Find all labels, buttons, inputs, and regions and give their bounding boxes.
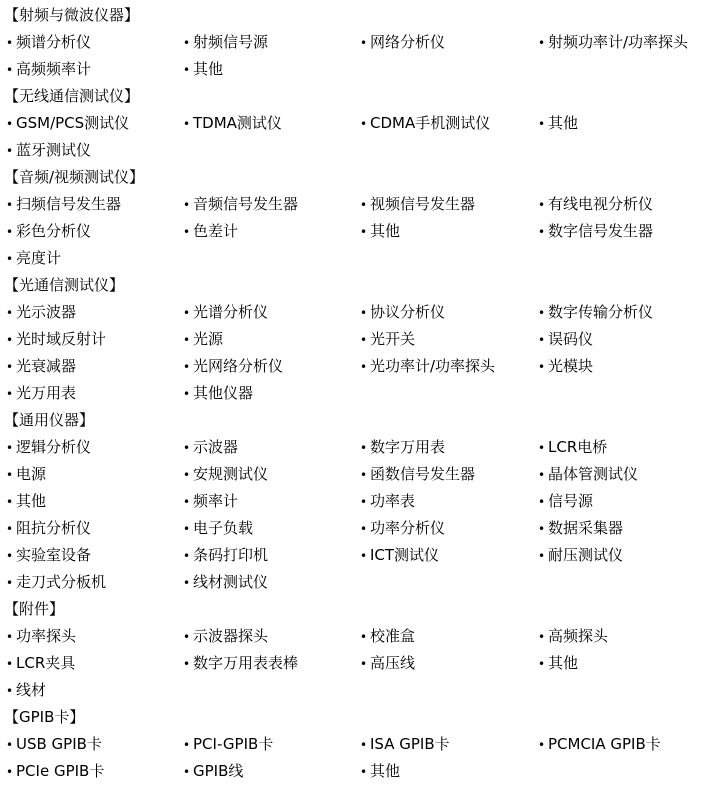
category-link[interactable]: •信号源 [538,488,593,516]
category-link[interactable]: •光时域反射计 [6,326,106,354]
bullet-icon: • [538,327,548,354]
category-link[interactable]: •数字万用表 [360,434,445,462]
item-row: •实验室设备•条码打印机•ICT测试仪•耐压测试仪 [0,542,719,569]
category-label[interactable]: PCIe GPIB卡 [16,762,104,780]
item-row: •光时域反射计•光源•光开关•误码仪 [0,326,719,353]
bullet-icon: • [6,30,16,57]
category-label[interactable]: 误码仪 [548,330,593,348]
bullet-icon: • [6,381,16,408]
category-label[interactable]: LCR电桥 [548,438,607,456]
category-link[interactable]: •LCR夹具 [6,650,75,678]
category-link[interactable]: •协议分析仪 [360,299,445,327]
bullet-icon: • [183,327,193,354]
item-row: •线材 [0,677,719,704]
category-label[interactable]: 数字传输分析仪 [548,303,653,321]
category-label[interactable]: 光谱分析仪 [193,303,268,321]
bullet-icon: • [360,516,370,543]
bullet-icon: • [538,624,548,651]
category-label[interactable]: 光开关 [370,330,415,348]
category-link[interactable]: •射频功率计/功率探头 [538,29,688,57]
category-label[interactable]: 光时域反射计 [16,330,106,348]
category-label[interactable]: 实验室设备 [16,546,91,564]
item-row: •彩色分析仪•色差计•其他•数字信号发生器 [0,218,719,245]
category-label[interactable]: ISA GPIB卡 [370,735,450,753]
bullet-icon: • [360,354,370,381]
bullet-icon: • [360,489,370,516]
bullet-icon: • [6,651,16,678]
bullet-icon: • [360,300,370,327]
category-label[interactable]: 其他 [370,222,400,240]
category-label[interactable]: 光示波器 [16,303,76,321]
category-link[interactable]: •阻抗分析仪 [6,515,91,543]
category-label[interactable]: 数字万用表 [370,438,445,456]
bullet-icon: • [360,543,370,570]
bullet-icon: • [183,759,193,786]
category-label[interactable]: 光模块 [548,357,593,375]
category-link[interactable]: •PCI-GPIB卡 [183,731,273,759]
bullet-icon: • [360,435,370,462]
item-row: •高频频率计•其他 [0,56,719,83]
category-link[interactable]: •误码仪 [538,326,593,354]
category-label[interactable]: 色差计 [193,222,238,240]
category-link[interactable]: •其他 [183,56,223,84]
bullet-icon: • [360,651,370,678]
bullet-icon: • [6,246,16,273]
bullet-icon: • [183,300,193,327]
category-label[interactable]: ICT测试仪 [370,546,439,564]
category-link[interactable]: •CDMA手机测试仪 [360,110,490,138]
category-link[interactable]: •色差计 [183,218,238,246]
item-row: •功率探头•示波器探头•校准盒•高频探头 [0,623,719,650]
category-label[interactable]: 扫频信号发生器 [16,195,121,213]
category-link[interactable]: •视频信号发生器 [360,191,475,219]
category-link[interactable]: •功率探头 [6,623,76,651]
category-label[interactable]: 示波器 [193,438,238,456]
category-link[interactable]: •亮度计 [6,245,61,273]
bullet-icon: • [538,543,548,570]
category-link[interactable]: •高频频率计 [6,56,91,84]
item-row: •亮度计 [0,245,719,272]
item-row: •频谱分析仪•射频信号源•网络分析仪•射频功率计/功率探头 [0,29,719,56]
category-link[interactable]: •其他 [538,110,578,138]
bullet-icon: • [6,624,16,651]
category-link[interactable]: •功率分析仪 [360,515,445,543]
category-label[interactable]: USB GPIB卡 [16,735,102,753]
category-link[interactable]: •光开关 [360,326,415,354]
category-label[interactable]: 光万用表 [16,384,76,402]
item-row: •光万用表•其他仪器 [0,380,719,407]
category-label[interactable]: 有线电视分析仪 [548,195,653,213]
category-label[interactable]: 数据采集器 [548,519,623,537]
category-link[interactable]: •光网络分析仪 [183,353,283,381]
category-link[interactable]: •数据采集器 [538,515,623,543]
category-list: 【射频与微波仪器】•频谱分析仪•射频信号源•网络分析仪•射频功率计/功率探头•高… [0,0,719,785]
category-link[interactable]: •GSM/PCS测试仪 [6,110,129,138]
category-label[interactable]: 数字万用表表棒 [193,654,298,672]
item-row: •逻辑分析仪•示波器•数字万用表•LCR电桥 [0,434,719,461]
bullet-icon: • [6,327,16,354]
category-label[interactable]: 电子负载 [193,519,253,537]
bullet-icon: • [360,111,370,138]
item-row: •PCIe GPIB卡•GPIB线•其他 [0,758,719,785]
category-link[interactable]: •光衰减器 [6,353,76,381]
category-label[interactable]: 亮度计 [16,249,61,267]
bullet-icon: • [183,651,193,678]
category-label[interactable]: 示波器探头 [193,627,268,645]
category-link[interactable]: •函数信号发生器 [360,461,475,489]
item-row: •GSM/PCS测试仪•TDMA测试仪•CDMA手机测试仪•其他 [0,110,719,137]
category-label[interactable]: 逻辑分析仪 [16,438,91,456]
section-header: 【无线通信测试仪】 [0,83,719,110]
category-link[interactable]: •光谱分析仪 [183,299,268,327]
bullet-icon: • [538,732,548,759]
category-link[interactable]: •走刀式分板机 [6,569,106,597]
bullet-icon: • [538,111,548,138]
category-label[interactable]: 其他 [370,762,400,780]
category-link[interactable]: •ISA GPIB卡 [360,731,450,759]
category-link[interactable]: •彩色分析仪 [6,218,91,246]
category-link[interactable]: •其他 [360,218,400,246]
category-label[interactable]: 功率分析仪 [370,519,445,537]
category-link[interactable]: •高频探头 [538,623,608,651]
category-link[interactable]: •实验室设备 [6,542,91,570]
category-link[interactable]: •蓝牙测试仪 [6,137,91,165]
bullet-icon: • [538,516,548,543]
category-link[interactable]: •扫频信号发生器 [6,191,121,219]
category-link[interactable]: •安规测试仪 [183,461,268,489]
category-link[interactable]: •示波器探头 [183,623,268,651]
bullet-icon: • [6,111,16,138]
category-link[interactable]: •音频信号发生器 [183,191,298,219]
bullet-icon: • [183,57,193,84]
bullet-icon: • [6,138,16,165]
category-label[interactable]: TDMA测试仪 [193,114,282,132]
category-label[interactable]: 高压线 [370,654,415,672]
category-link[interactable]: •有线电视分析仪 [538,191,653,219]
category-label[interactable]: CDMA手机测试仪 [370,114,490,132]
bullet-icon: • [6,219,16,246]
category-label[interactable]: 条码打印机 [193,546,268,564]
category-label[interactable]: 信号源 [548,492,593,510]
category-label[interactable]: GPIB线 [193,762,243,780]
bullet-icon: • [538,651,548,678]
category-link[interactable]: •数字信号发生器 [538,218,653,246]
category-label[interactable]: 光网络分析仪 [193,357,283,375]
category-link[interactable]: •晶体管测试仪 [538,461,638,489]
item-row: •LCR夹具•数字万用表表棒•高压线•其他 [0,650,719,677]
bullet-icon: • [6,516,16,543]
bullet-icon: • [360,192,370,219]
bullet-icon: • [538,489,548,516]
item-row: •USB GPIB卡•PCI-GPIB卡•ISA GPIB卡•PCMCIA GP… [0,731,719,758]
category-link[interactable]: •条码打印机 [183,542,268,570]
bullet-icon: • [6,192,16,219]
bullet-icon: • [360,30,370,57]
category-label[interactable]: 光功率计/功率探头 [370,357,495,375]
category-label[interactable]: 音频信号发生器 [193,195,298,213]
category-label[interactable]: 函数信号发生器 [370,465,475,483]
category-link[interactable]: •线材 [6,677,46,705]
category-label[interactable]: PCMCIA GPIB卡 [548,735,661,753]
category-label[interactable]: 其他 [16,492,46,510]
category-link[interactable]: •USB GPIB卡 [6,731,102,759]
category-label[interactable]: 频谱分析仪 [16,33,91,51]
bullet-icon: • [538,30,548,57]
bullet-icon: • [360,327,370,354]
bullet-icon: • [6,732,16,759]
item-row: •其他•频率计•功率表•信号源 [0,488,719,515]
category-link[interactable]: •PCMCIA GPIB卡 [538,731,661,759]
category-label[interactable]: 光源 [193,330,223,348]
bullet-icon: • [183,624,193,651]
section-header: 【附件】 [0,596,719,623]
category-link[interactable]: •示波器 [183,434,238,462]
category-link[interactable]: •TDMA测试仪 [183,110,282,138]
bullet-icon: • [6,570,16,597]
category-link[interactable]: •数字传输分析仪 [538,299,653,327]
category-link[interactable]: •电源 [6,461,46,489]
bullet-icon: • [538,219,548,246]
category-link[interactable]: •高压线 [360,650,415,678]
bullet-icon: • [183,219,193,246]
category-label[interactable]: 其他 [548,654,578,672]
category-link[interactable]: •耐压测试仪 [538,542,623,570]
category-label[interactable]: 功率探头 [16,627,76,645]
category-label[interactable]: 光衰减器 [16,357,76,375]
category-label[interactable]: 蓝牙测试仪 [16,141,91,159]
category-label[interactable]: GSM/PCS测试仪 [16,114,129,132]
category-label[interactable]: 网络分析仪 [370,33,445,51]
bullet-icon: • [538,300,548,327]
category-label[interactable]: 其他 [548,114,578,132]
category-label[interactable]: 数字信号发生器 [548,222,653,240]
category-link[interactable]: •校准盒 [360,623,415,651]
bullet-icon: • [183,192,193,219]
section-header: 【光通信测试仪】 [0,272,719,299]
category-label[interactable]: 高频频率计 [16,60,91,78]
item-row: •扫频信号发生器•音频信号发生器•视频信号发生器•有线电视分析仪 [0,191,719,218]
category-label[interactable]: 其他 [193,60,223,78]
category-label[interactable]: 电源 [16,465,46,483]
bullet-icon: • [6,462,16,489]
category-label[interactable]: 线材测试仪 [193,573,268,591]
category-label[interactable]: LCR夹具 [16,654,75,672]
category-link[interactable]: •其他仪器 [183,380,253,408]
category-label[interactable]: 彩色分析仪 [16,222,91,240]
bullet-icon: • [360,732,370,759]
item-row: •走刀式分板机•线材测试仪 [0,569,719,596]
bullet-icon: • [360,759,370,786]
category-label[interactable]: 阻抗分析仪 [16,519,91,537]
category-label[interactable]: PCI-GPIB卡 [193,735,273,753]
bullet-icon: • [6,543,16,570]
bullet-icon: • [6,678,16,705]
bullet-icon: • [538,192,548,219]
bullet-icon: • [183,732,193,759]
section-header: 【射频与微波仪器】 [0,2,719,29]
category-link[interactable]: •功率表 [360,488,415,516]
category-link[interactable]: •其他 [6,488,46,516]
category-link[interactable]: •光万用表 [6,380,76,408]
category-label[interactable]: 走刀式分板机 [16,573,106,591]
item-row: •阻抗分析仪•电子负载•功率分析仪•数据采集器 [0,515,719,542]
category-link[interactable]: •电子负载 [183,515,253,543]
bullet-icon: • [538,354,548,381]
bullet-icon: • [183,543,193,570]
category-link[interactable]: •光模块 [538,353,593,381]
bullet-icon: • [6,435,16,462]
category-label[interactable]: 视频信号发生器 [370,195,475,213]
category-link[interactable]: •光示波器 [6,299,76,327]
bullet-icon: • [538,435,548,462]
bullet-icon: • [538,462,548,489]
bullet-icon: • [183,354,193,381]
category-link[interactable]: •PCIe GPIB卡 [6,758,104,786]
bullet-icon: • [183,381,193,408]
category-link[interactable]: •GPIB线 [183,758,243,786]
category-label[interactable]: 晶体管测试仪 [548,465,638,483]
category-link[interactable]: •射频信号源 [183,29,268,57]
bullet-icon: • [183,462,193,489]
category-label[interactable]: 频率计 [193,492,238,510]
category-link[interactable]: •光功率计/功率探头 [360,353,495,381]
bullet-icon: • [6,759,16,786]
bullet-icon: • [6,354,16,381]
bullet-icon: • [6,57,16,84]
section-header: 【GPIB卡】 [0,704,719,731]
bullet-icon: • [183,435,193,462]
category-label[interactable]: 线材 [16,681,46,699]
category-label[interactable]: 校准盒 [370,627,415,645]
category-link[interactable]: •逻辑分析仪 [6,434,91,462]
category-label[interactable]: 高频探头 [548,627,608,645]
category-label[interactable]: 射频信号源 [193,33,268,51]
category-label[interactable]: 其他仪器 [193,384,253,402]
bullet-icon: • [183,489,193,516]
item-row: •光衰减器•光网络分析仪•光功率计/功率探头•光模块 [0,353,719,380]
category-link[interactable]: •数字万用表表棒 [183,650,298,678]
bullet-icon: • [183,570,193,597]
bullet-icon: • [360,219,370,246]
bullet-icon: • [6,489,16,516]
category-link[interactable]: •其他 [538,650,578,678]
bullet-icon: • [360,624,370,651]
item-row: •蓝牙测试仪 [0,137,719,164]
category-link[interactable]: •ICT测试仪 [360,542,439,570]
section-header: 【音频/视频测试仪】 [0,164,719,191]
bullet-icon: • [6,300,16,327]
section-header: 【通用仪器】 [0,407,719,434]
category-link[interactable]: •光源 [183,326,223,354]
bullet-icon: • [183,30,193,57]
category-label[interactable]: 功率表 [370,492,415,510]
category-link[interactable]: •LCR电桥 [538,434,607,462]
category-link[interactable]: •线材测试仪 [183,569,268,597]
category-label[interactable]: 协议分析仪 [370,303,445,321]
category-label[interactable]: 射频功率计/功率探头 [548,33,688,51]
item-row: •电源•安规测试仪•函数信号发生器•晶体管测试仪 [0,461,719,488]
category-label[interactable]: 耐压测试仪 [548,546,623,564]
category-link[interactable]: •网络分析仪 [360,29,445,57]
bullet-icon: • [360,462,370,489]
bullet-icon: • [183,516,193,543]
bullet-icon: • [183,111,193,138]
category-link[interactable]: •其他 [360,758,400,786]
category-link[interactable]: •频率计 [183,488,238,516]
category-link[interactable]: •频谱分析仪 [6,29,91,57]
item-row: •光示波器•光谱分析仪•协议分析仪•数字传输分析仪 [0,299,719,326]
category-label[interactable]: 安规测试仪 [193,465,268,483]
